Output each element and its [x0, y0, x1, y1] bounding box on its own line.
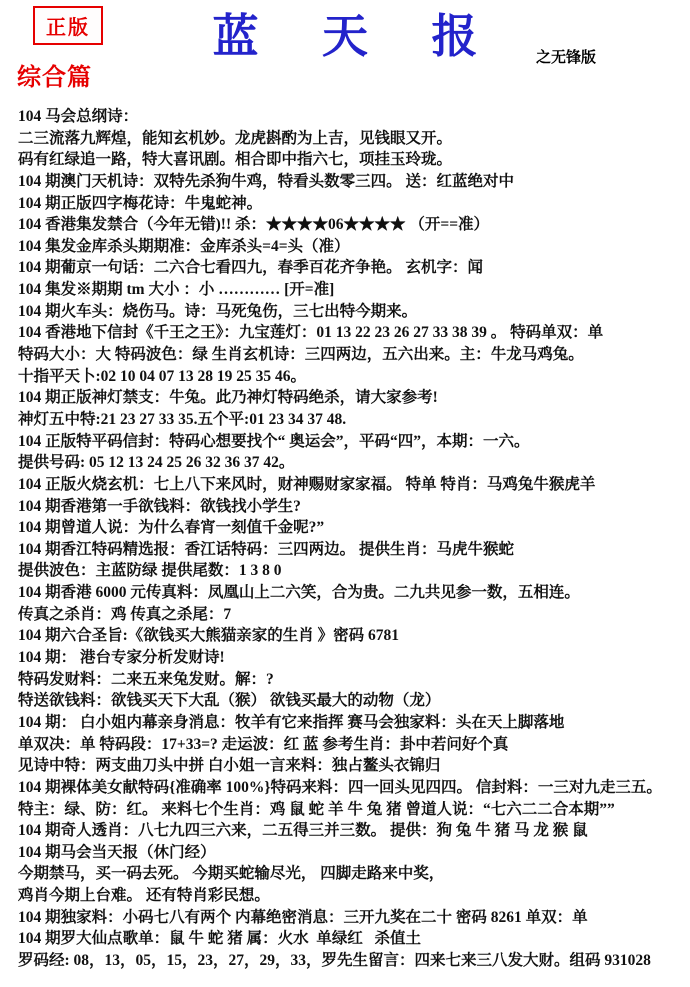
edition-label: 之无锋版 — [536, 46, 596, 67]
report-body: 104 马会总纲诗：二三流落九辉煌，能知玄机妙。龙虎斟酌为上吉，见钱眼又开。码有… — [18, 106, 690, 972]
report-line: 十指平天卜:02 10 04 07 13 28 19 25 35 46。 — [18, 366, 690, 388]
report-line: 104 期： 白小姐内幕亲身消息：牧羊有它来指挥 赛马会独家料：头在天上脚落地 — [18, 712, 690, 734]
report-line: 码有红绿追一路，特大喜讯剧。相合即中指六七，项挂玉玲珑。 — [18, 149, 690, 171]
section-title: 综合篇 — [17, 57, 92, 92]
report-line: 104 期香港第一手欲钱料：欲钱找小学生? — [18, 496, 690, 518]
report-line: 104 集发金库杀头期期准：金库杀头=4=头（准） — [18, 236, 690, 258]
report-line: 特主：绿、防：红。 来料七个生肖：鸡 鼠 蛇 羊 牛 兔 猪 曾道人说：“七六二… — [18, 799, 690, 821]
report-line: 鸡肖今期上台难。 还有特肖彩民想。 — [18, 885, 690, 907]
report-line: 104 期正版神灯禁支：牛兔。此乃神灯特码绝杀，请大家参考! — [18, 387, 690, 409]
report-line: 104 期六合圣旨:《欲钱买大熊猫亲家的生肖 》密码 6781 — [18, 625, 690, 647]
report-line: 特送欲钱料：欲钱买天下大乱（猴） 欲钱买最大的动物（龙） — [18, 690, 690, 712]
report-line: 104 期曾道人说：为什么春宵一刻值千金呢?” — [18, 517, 690, 539]
report-line: 104 期裸体美女献特码{准确率 100%}特码来料：四一回头见四四。 信封料：… — [18, 777, 690, 799]
report-line: 104 集发※期期 tm 大小 ：小 ………… [开=准] — [18, 279, 690, 301]
report-line: 提供波色：主蓝防绿 提供尾数：1 3 8 0 — [18, 560, 690, 582]
page: { "header": { "badge": "正版", "title": "蓝… — [0, 0, 690, 987]
report-line: 传真之杀肖：鸡 传真之杀尾：7 — [18, 604, 690, 626]
report-line: 提供号码: 05 12 13 24 25 26 32 36 37 42。 — [18, 452, 690, 474]
report-line: 104 期澳门天机诗：双特先杀狗牛鸡，特看头数零三四。 送：红蓝绝对中 — [18, 171, 690, 193]
report-line: 104 期： 港台专家分析发财诗! — [18, 647, 690, 669]
report-line: 104 正版火烧玄机：七上八下来风时，财神赐财家家福。 特单 特肖：马鸡兔牛猴虎… — [18, 474, 690, 496]
report-line: 104 正版特平码信封：特码心想要找个“ 奥运会”，平码“四”，本期：一六。 — [18, 431, 690, 453]
report-line: 单双决：单 特码段：17+33=? 走运波：红 蓝 参考生肖：卦中若问好个真 — [18, 734, 690, 756]
report-line: 见诗中特：两支曲刀头中拼 白小姐一言来料：独占鳌头衣锦归 — [18, 755, 690, 777]
report-line: 104 期马会当天报（休门经） — [18, 842, 690, 864]
report-line: 特码大小：大 特码波色：绿 生肖玄机诗：三四两边，五六出来。主：牛龙马鸡兔。 — [18, 344, 690, 366]
report-line: 104 香港地下信封《千王之王》：九宝莲灯：01 13 22 23 26 27 … — [18, 322, 690, 344]
report-line: 104 期罗大仙点歌单：鼠 牛 蛇 猪 属：火水 单绿红 杀值土 — [18, 928, 690, 950]
report-line: 104 期香港 6000 元传真料：凤凰山上二六笑，合为贵。二九共见参一数，五相… — [18, 582, 690, 604]
report-line: 104 期独家料：小码七八有两个 内幕绝密消息：三开九奖在二十 密码 8261 … — [18, 907, 690, 929]
report-line: 104 香港集发禁合（今年无错)!! 杀：★★★★06★★★★ （开==准） — [18, 214, 690, 236]
report-line: 104 期香江特码精选报：香江话特码：三四两边。 提供生肖：马虎牛猴蛇 — [18, 539, 690, 561]
report-line: 特码发财料：二来五来兔发财。解：? — [18, 669, 690, 691]
report-line: 104 期正版四字梅花诗：牛鬼蛇神。 — [18, 193, 690, 215]
report-line: 神灯五中特:21 23 27 33 35.五个平:01 23 34 37 48. — [18, 409, 690, 431]
report-line: 104 期火车头：烧伤马。诗：马死兔伤，三七出特今期来。 — [18, 301, 690, 323]
report-line: 二三流落九辉煌，能知玄机妙。龙虎斟酌为上吉，见钱眼又开。 — [18, 128, 690, 150]
report-line: 104 马会总纲诗： — [18, 106, 690, 128]
report-line: 今期禁马，买一码去死。 今期买蛇输尽光， 四脚走路来中奖， — [18, 863, 690, 885]
report-line: 104 期葡京一句话：二六合七看四九，春季百花齐争艳。 玄机字：闻 — [18, 257, 690, 279]
report-line: 104 期奇人透肖：八七九四三六来，二五得三并三数。 提供：狗 兔 牛 猪 马 … — [18, 820, 690, 842]
report-line: 罗码经: 08，13，05，15，23，27，29，33，罗先生留言：四来七来三… — [18, 950, 690, 972]
